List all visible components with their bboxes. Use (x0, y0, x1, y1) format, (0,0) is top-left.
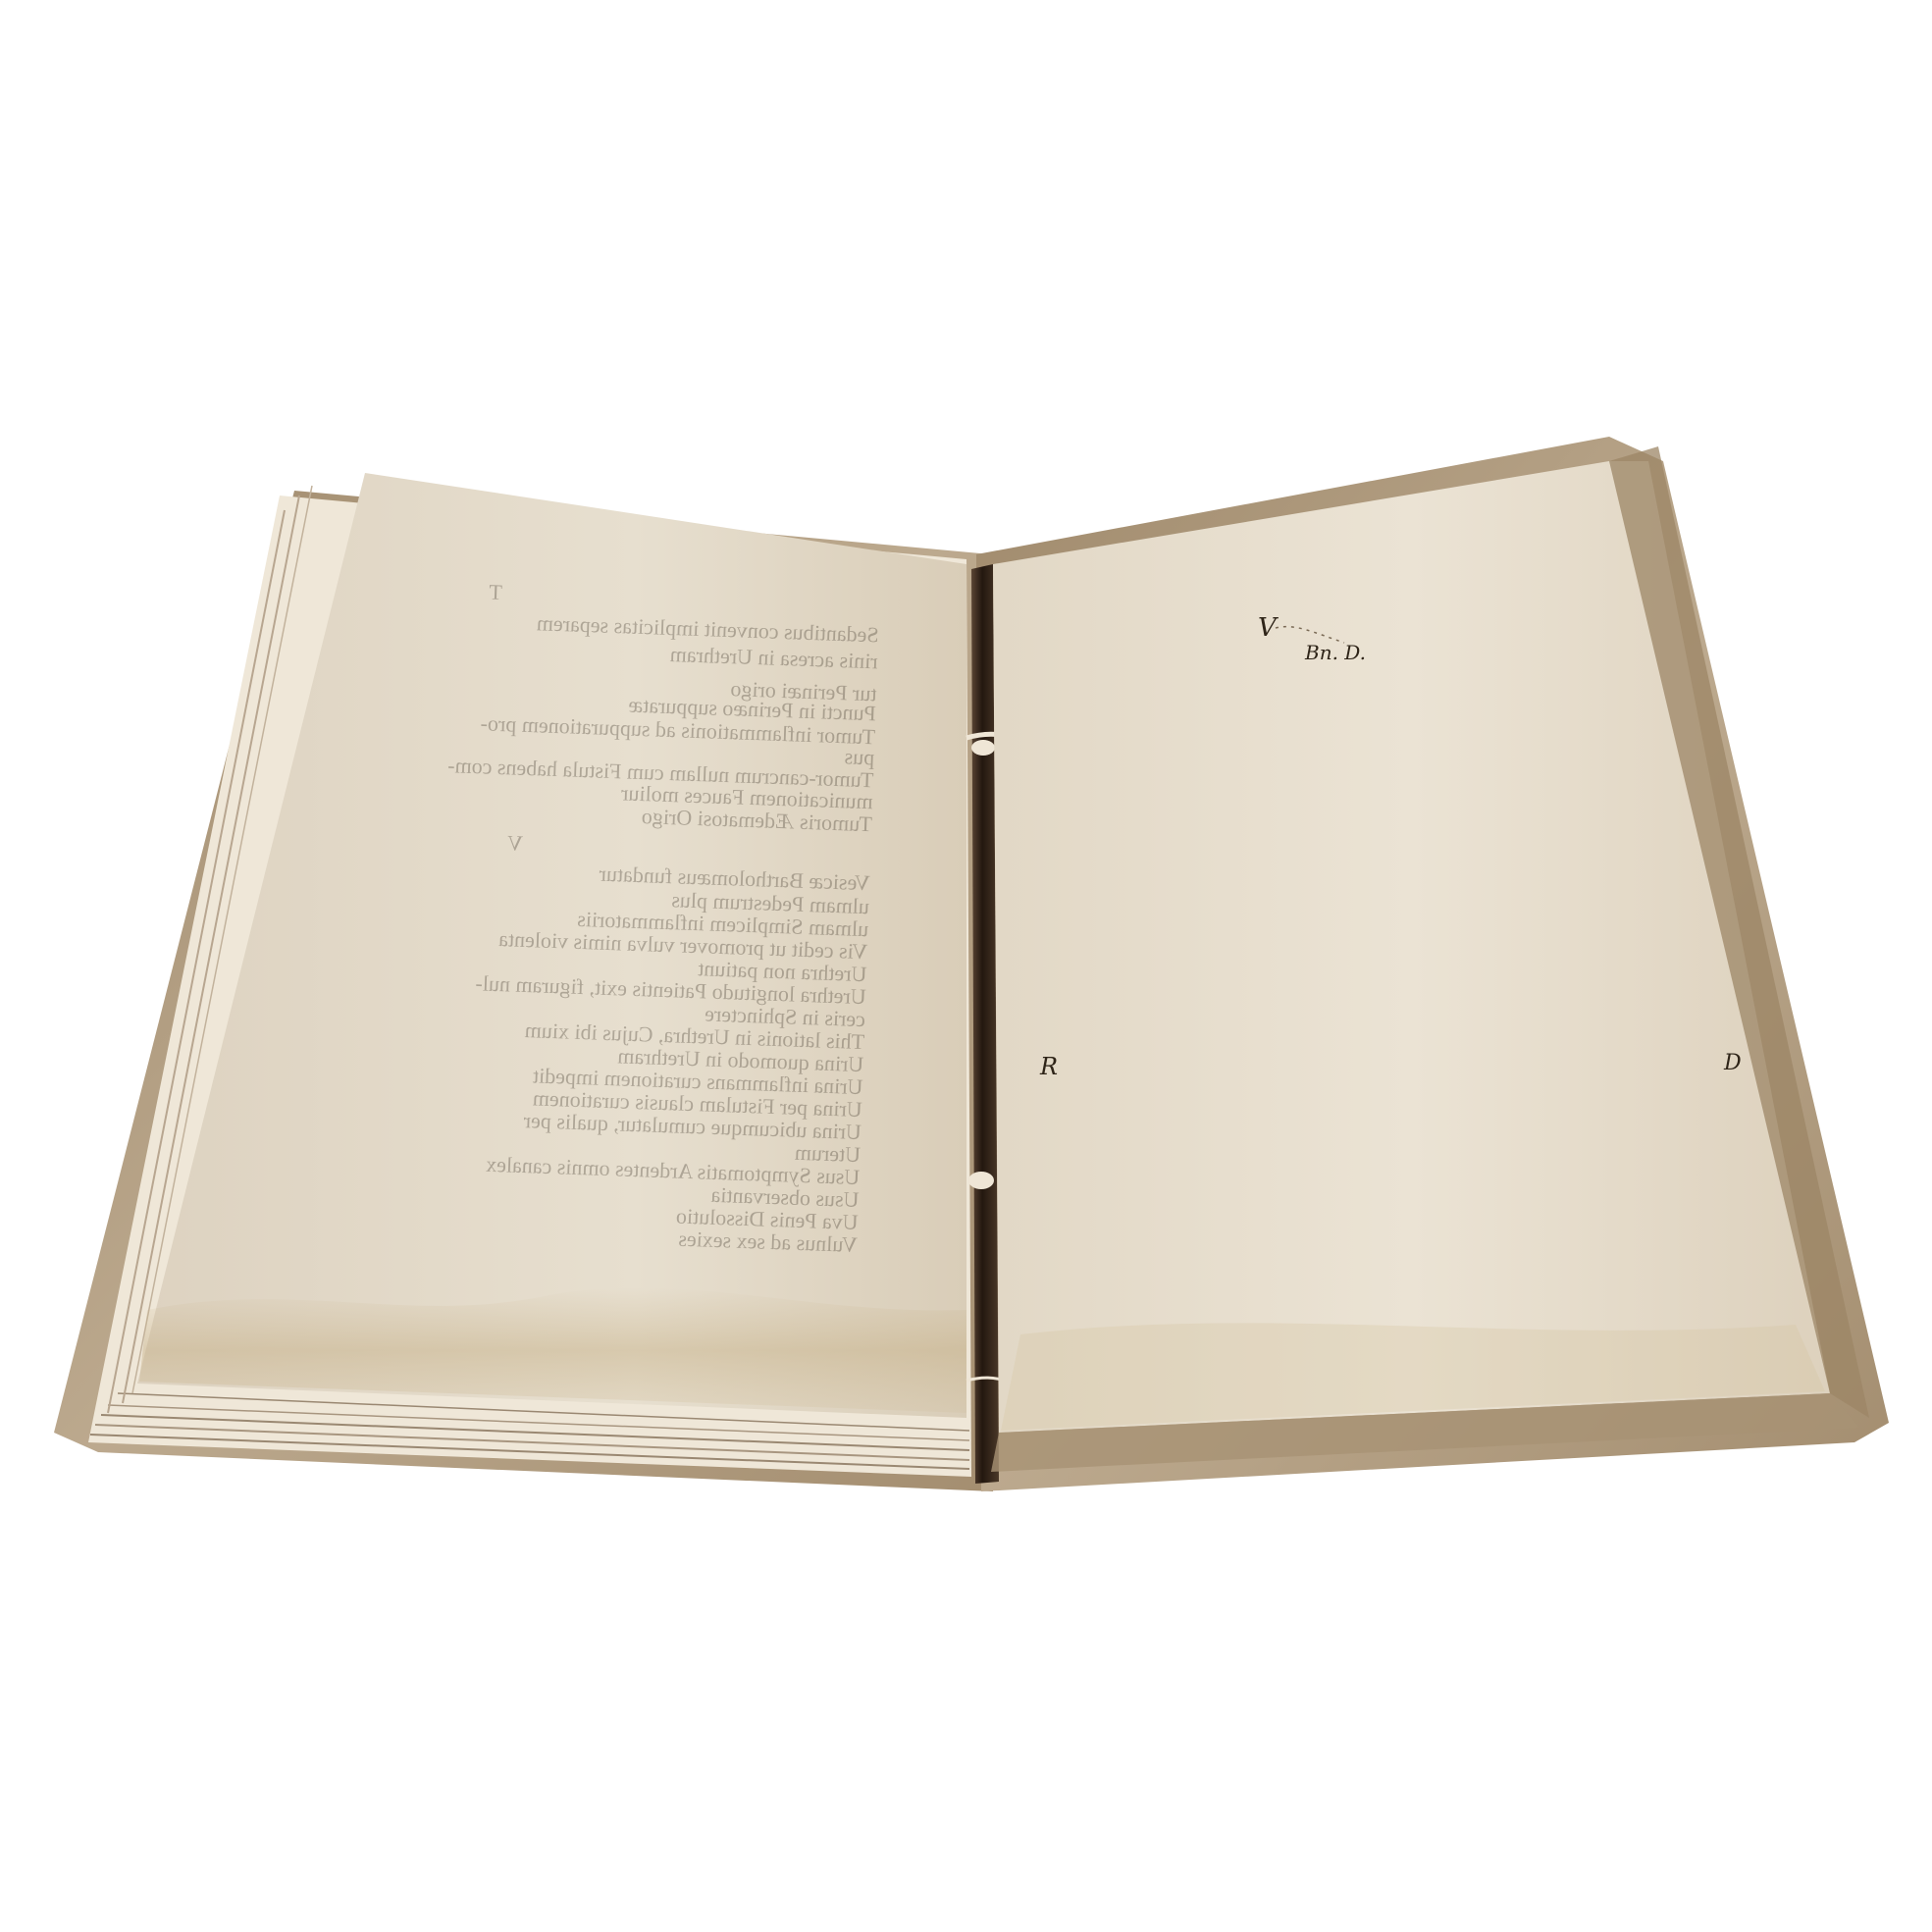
book-photo: T Sedantibus convenit implicitas separem… (0, 0, 1932, 1932)
svg-text:V: V (1258, 613, 1279, 643)
svg-text:pus: pus (844, 744, 874, 769)
svg-text:T: T (488, 580, 502, 604)
margin-mark-r: R (1039, 1053, 1058, 1080)
right-page (993, 461, 1830, 1433)
svg-text:Bn. D.: Bn. D. (1304, 641, 1366, 664)
svg-text:V: V (507, 830, 524, 856)
margin-mark-d: D (1723, 1051, 1742, 1075)
